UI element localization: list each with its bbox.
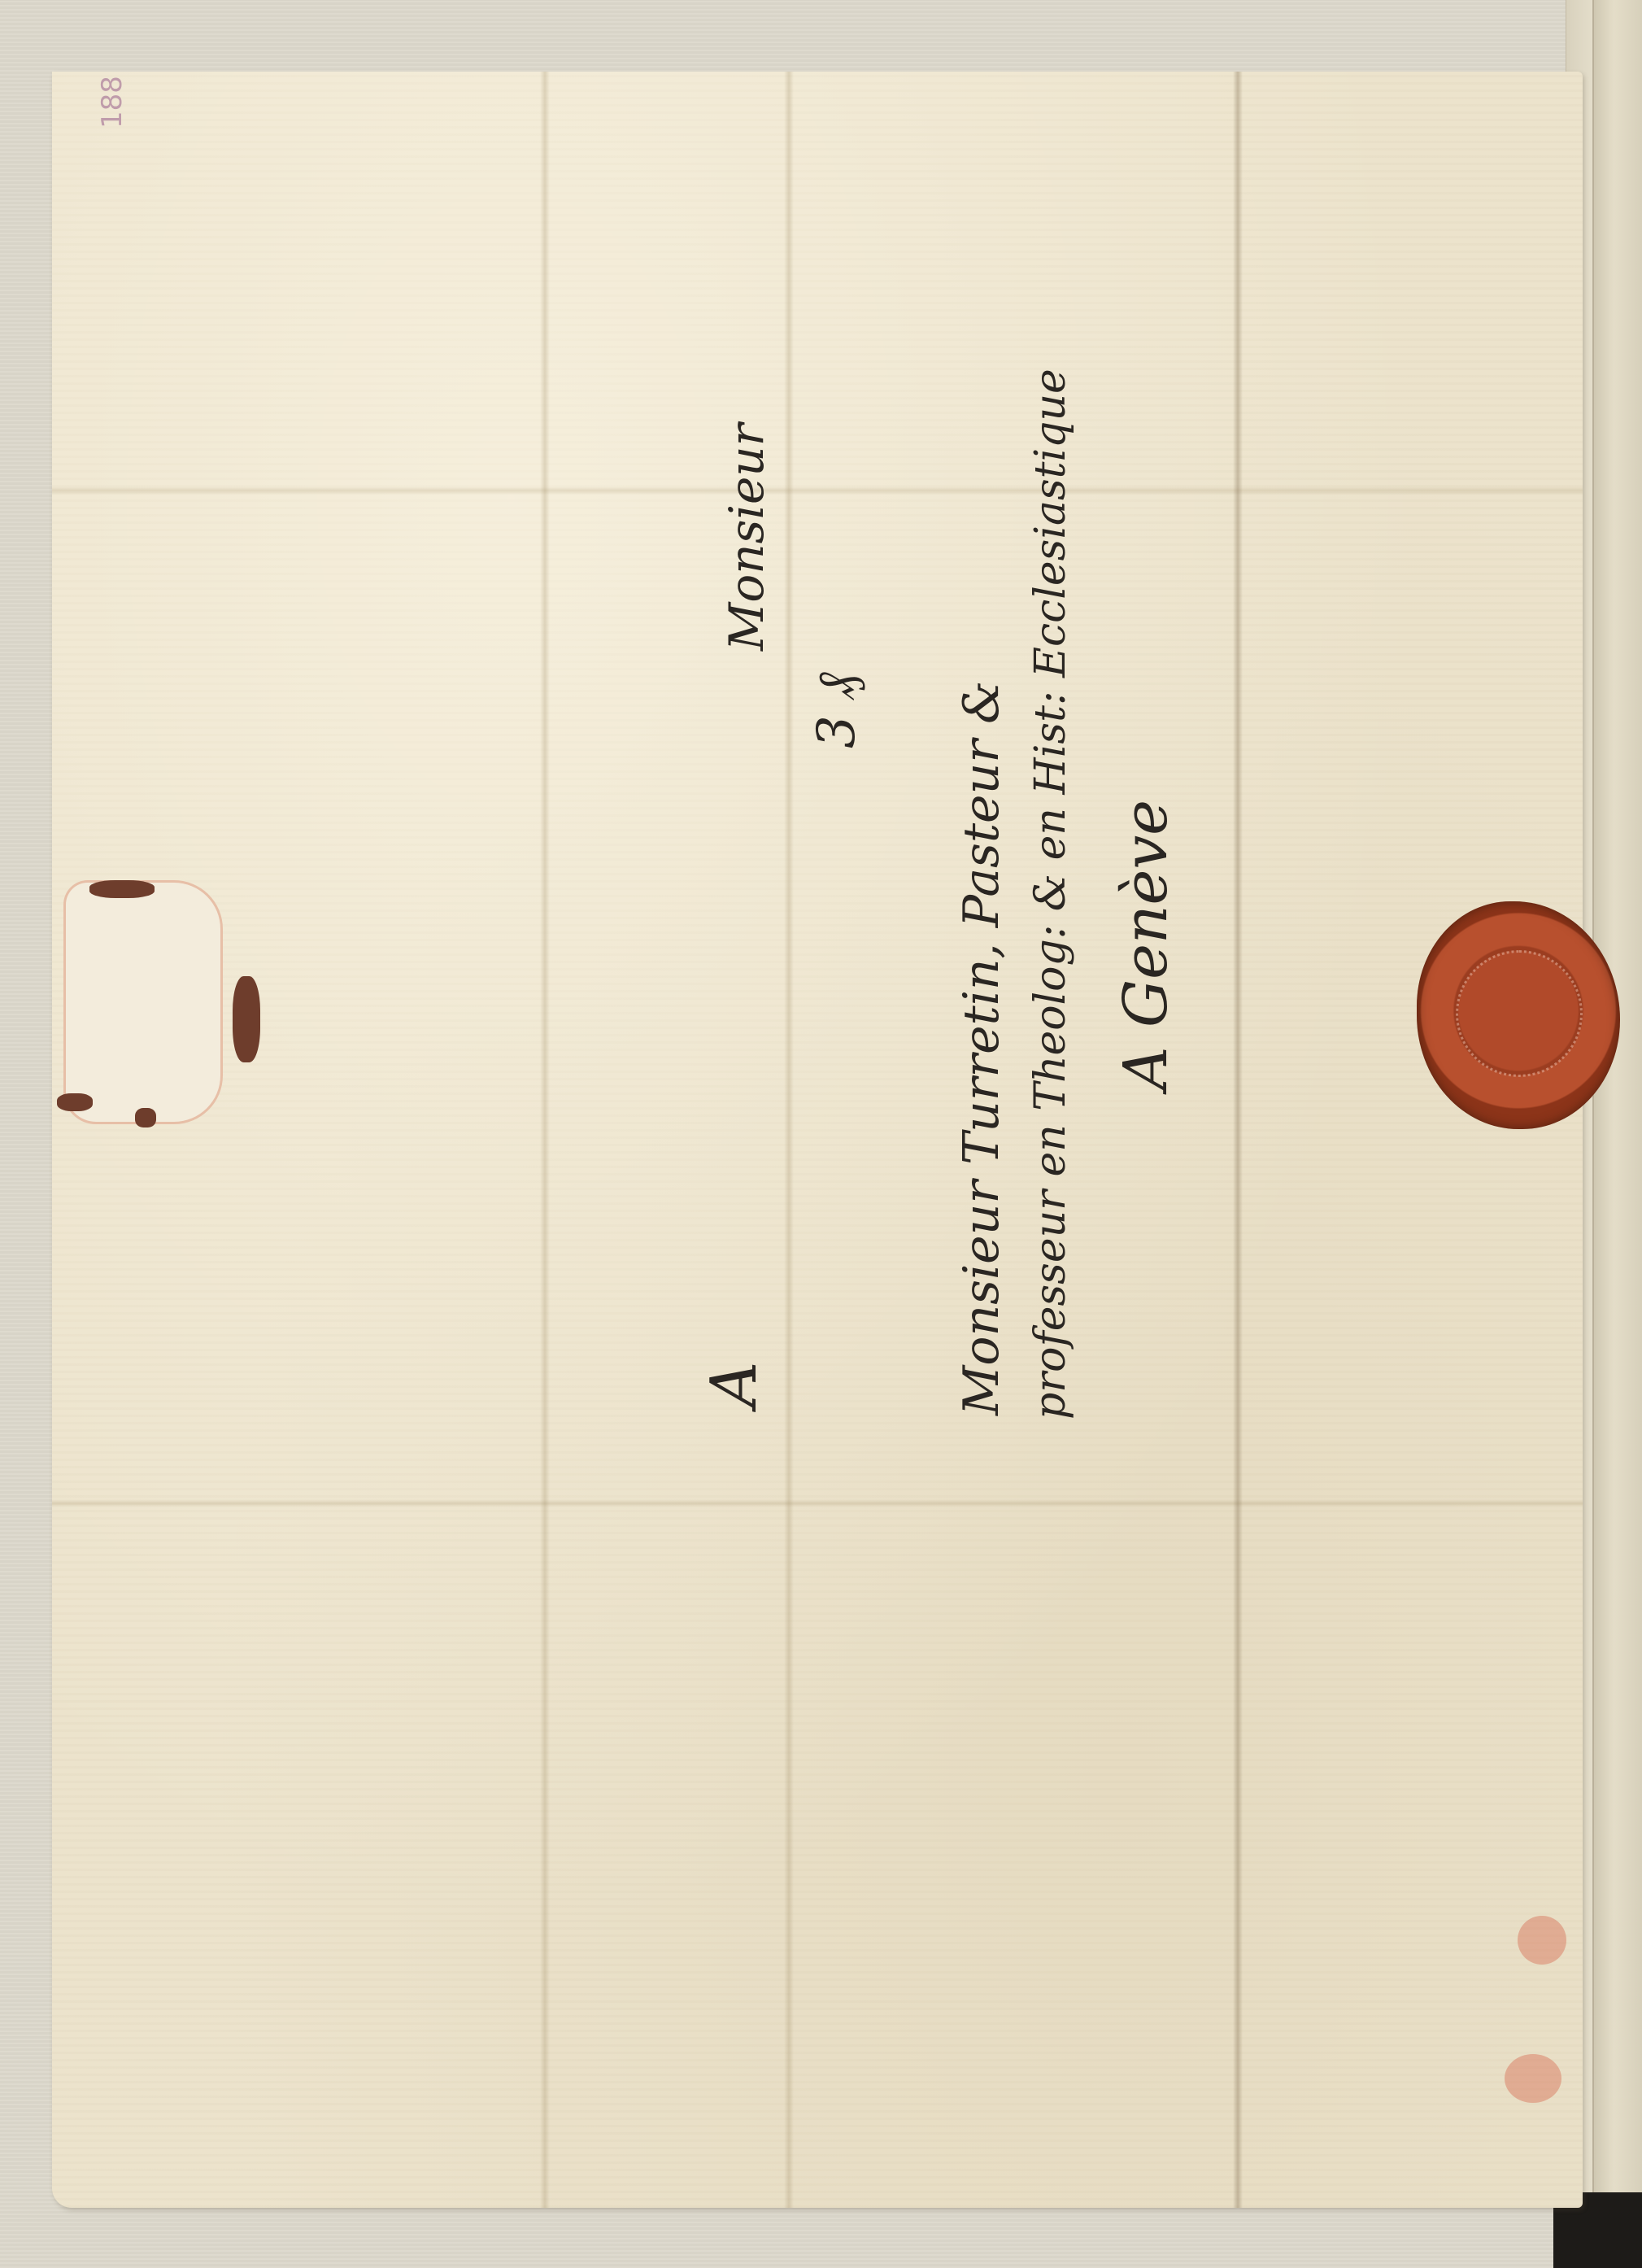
fold-line	[52, 1499, 1583, 1507]
salutation: Monsieur	[719, 424, 774, 651]
address-line-2: professeur en Theolog: & en Hist: Eccles…	[1026, 369, 1075, 1420]
fold-line	[52, 486, 1583, 495]
letter-sheet	[52, 72, 1583, 2208]
address-line-1: Monsieur Turretin, Pasteur &	[953, 681, 1010, 1415]
mount-board	[1592, 0, 1642, 2268]
folio-number: 188	[96, 76, 128, 129]
wax-stain	[1518, 1916, 1566, 1965]
fold-line	[784, 72, 794, 2208]
address-prefix: A	[698, 1362, 771, 1407]
fold-line	[1233, 72, 1243, 2208]
destination: A Genève	[1111, 800, 1181, 1090]
torn-seal-remnant	[63, 880, 223, 1124]
wax-fragment	[233, 976, 260, 1062]
postage-annotation: 3 ₰	[807, 673, 867, 748]
wax-fragment	[57, 1093, 93, 1111]
wax-fragment	[135, 1108, 156, 1127]
wax-stain	[1505, 2054, 1561, 2103]
wax-fragment	[89, 880, 155, 898]
fold-line	[540, 72, 550, 2208]
